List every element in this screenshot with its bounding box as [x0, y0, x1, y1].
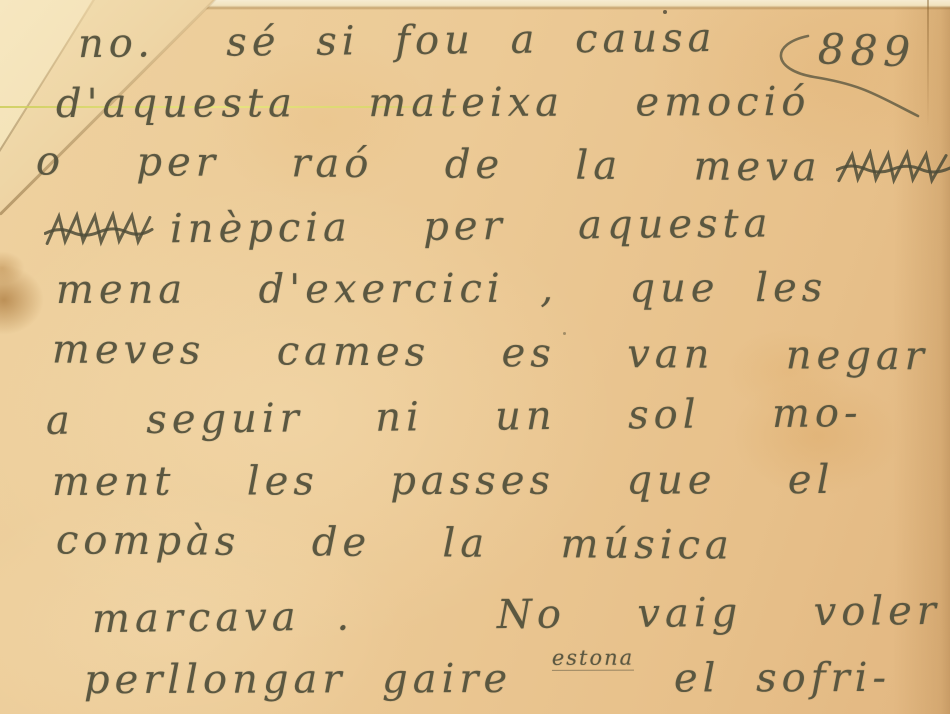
scribbled-out-word: [835, 149, 950, 188]
line-text: a seguir ni un sol mo-: [46, 390, 863, 444]
handwriting-line-4: inèpcia per aquesta: [44, 201, 773, 254]
handwritten-text: no. sé si fou a causa d'aquesta mateixa …: [0, 0, 950, 714]
handwriting-line-10: marcava . No vaig voler: [92, 588, 941, 642]
line-text: mena d'exercici , que les: [56, 265, 827, 313]
inserted-word-above-line: estona: [552, 646, 634, 671]
manuscript-photo: 889 no. sé si fou a causa d'aquesta mate…: [0, 0, 950, 714]
line-text: marcava . No vaig voler: [92, 588, 941, 642]
handwriting-line-3: o per raó de la meva: [36, 138, 950, 191]
handwriting-line-11: perllongar gaire estona el sofri-: [84, 655, 891, 703]
handwriting-line-2: d'aquesta mateixa emoció: [56, 79, 811, 127]
line-text: perllongar gaire: [84, 656, 512, 703]
handwriting-line-9: compàs de la música: [56, 517, 734, 568]
handwriting-line-5: mena d'exercici , que les: [56, 265, 827, 313]
line-text: inèpcia per aquesta: [170, 201, 773, 253]
line-text: meves cames es van negar: [52, 327, 929, 380]
line-text: d'aquesta mateixa emoció: [56, 79, 811, 127]
line-text: ment les passes que el: [52, 457, 834, 505]
handwriting-line-8: ment les passes que el: [52, 457, 834, 505]
line-text: no. sé si fou a causa: [78, 15, 717, 67]
handwriting-line-7: a seguir ni un sol mo-: [46, 390, 863, 444]
line-text: el sofri-: [674, 655, 891, 702]
line-text: o per raó de la meva: [36, 138, 822, 190]
line-text: compàs de la música: [56, 517, 734, 568]
scribbled-out-word: [44, 210, 154, 249]
handwriting-line-6: meves cames es van negar: [52, 327, 929, 380]
handwriting-line-1: no. sé si fou a causa: [78, 15, 717, 67]
